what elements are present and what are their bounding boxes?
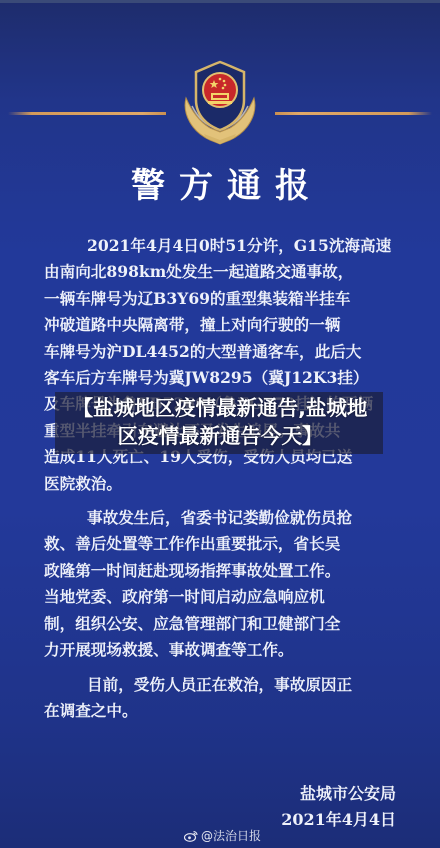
watermark-text: @法治日报 <box>201 827 261 844</box>
gold-divider-right <box>275 112 432 115</box>
headline-overlay: 【盐城地区疫情最新通告,盐城地 区疫情最新通告今天】 <box>40 394 400 450</box>
headline-line-2: 区疫情最新通告今天】 <box>40 422 400 450</box>
notice-body: 2021年4月4日0时51分许，G15沈海高速 由南向北898km处发生一起道路… <box>44 233 396 724</box>
text-line: 目前，受伤人员正在救治，事故原因正 <box>44 672 396 698</box>
gold-divider-left <box>8 112 166 115</box>
text-line: 救、善后处置等工作作出重要批示，省长吴 <box>44 531 396 557</box>
police-emblem-icon <box>178 58 262 146</box>
text-line: 制，组织公安、应急管理部门和卫健部门全 <box>44 611 396 637</box>
police-notice-poster: 警方通报 2021年4月4日0时51分许，G15沈海高速 由南向北898km处发… <box>0 0 440 848</box>
headline-line-1: 【盐城地区疫情最新通告,盐城地 <box>40 394 400 422</box>
source-watermark: @法治日报 <box>184 827 261 844</box>
weibo-icon <box>184 830 198 842</box>
issue-date: 2021年4月4日 <box>281 807 396 833</box>
text-line: 客车后方车牌号为冀JW8295（冀J12K3挂） <box>44 365 396 391</box>
paragraph-accident: 2021年4月4日0时51分许，G15沈海高速 由南向北898km处发生一起道路… <box>44 233 396 497</box>
text-line: 在调查之中。 <box>44 698 396 724</box>
text-line: 由南向北898km处发生一起道路交通事故， <box>44 259 396 285</box>
issuing-organization: 盐城市公安局 <box>281 781 396 807</box>
text-line: 事故发生后，省委书记娄勤俭就伤员抢 <box>44 505 396 531</box>
text-line: 2021年4月4日0时51分许，G15沈海高速 <box>44 233 396 259</box>
page-title: 警方通报 <box>0 158 440 207</box>
text-line: 力开展现场救援、事故调查等工作。 <box>44 637 396 663</box>
signature-block: 盐城市公安局 2021年4月4日 <box>281 781 396 833</box>
text-line: 医院救治。 <box>44 471 396 497</box>
text-line: 一辆车牌号为辽B3Y69的重型集装箱半挂车 <box>44 286 396 312</box>
text-line: 车牌号为沪DL4452的大型普通客车，此后大 <box>44 339 396 365</box>
text-line: 当地党委、政府第一时间启动应急响应机 <box>44 584 396 610</box>
text-line: 政隆第一时间赶赴现场指挥事故处置工作。 <box>44 558 396 584</box>
text-line: 冲破道路中央隔离带，撞上对向行驶的一辆 <box>44 312 396 338</box>
paragraph-response: 事故发生后，省委书记娄勤俭就伤员抢 救、善后处置等工作作出重要批示，省长吴 政隆… <box>44 505 396 663</box>
paragraph-status: 目前，受伤人员正在救治，事故原因正 在调查之中。 <box>44 672 396 725</box>
top-edge-divider <box>0 0 440 3</box>
